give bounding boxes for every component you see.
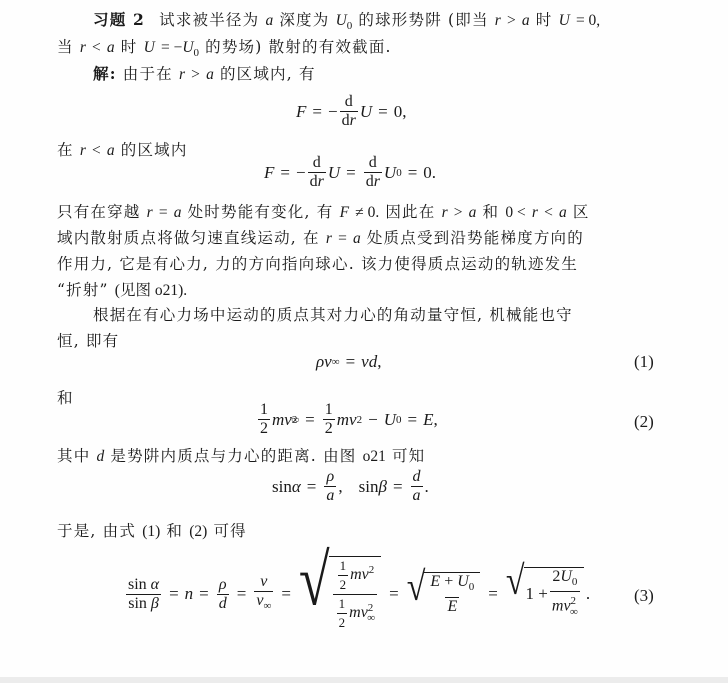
- equation-1-number: (1): [634, 352, 654, 372]
- paragraph-1-line-3: 作用力, 它是有心力, 力的方向指向球心. 该力使得质点运动的轨迹发生: [57, 254, 657, 274]
- problem-statement-line-1: 习题 2 试求被半径为 a 深度为 U0 的球形势阱 (即当 r > a 时 U…: [93, 10, 693, 36]
- paragraph-4: 于是, 由式 (1) 和 (2) 可得: [57, 521, 657, 542]
- document-page: 习题 2 试求被半径为 a 深度为 U0 的球形势阱 (即当 r > a 时 U…: [0, 0, 728, 677]
- paragraph-2-line-2: 恒, 即有: [57, 331, 657, 351]
- paragraph-1-line-4: “折射” (见图 o21).: [57, 280, 657, 301]
- equation-2: 12mv2∞=12mv2−U0=E,: [256, 401, 438, 438]
- paragraph-2-line-1: 根据在有心力场中运动的质点其对力心的角动量守恒, 机械能也守: [93, 305, 693, 325]
- equation-force-inner: F=−ddrU=ddrU0=0.: [264, 154, 436, 191]
- paragraph-3: 其中 d 是势阱内质点与力心的距离. 由图 o21 可知: [57, 446, 657, 467]
- paragraph-1-line-1: 只有在穿越 r = a 处时势能有变化, 有 F ≠ 0. 因此在 r > a …: [57, 202, 657, 223]
- problem-label: 习题 2: [93, 10, 145, 29]
- solution-line-1: 解: 由于在 r > a 的区域内, 有: [93, 64, 693, 85]
- equation-1: ρv∞=vd,: [316, 352, 381, 372]
- equation-3-number: (3): [634, 586, 654, 606]
- page-bottom-edge: [0, 677, 728, 683]
- equation-2-number: (2): [634, 412, 654, 432]
- problem-statement-line-2: 当 r < a 时 U = −U0 的势场) 散射的有效截面.: [57, 37, 657, 63]
- equation-3: sin αsin β=n=ρd=vv∞= √12mv212mv2∞ = √E +…: [124, 556, 590, 632]
- solution-label: 解:: [93, 64, 117, 83]
- equation-force-outer: F=−ddrU=0,: [296, 93, 406, 130]
- equation-sine-ratios: sin α=ρa,sin β=da.: [272, 468, 429, 505]
- paragraph-1-line-2: 域内散射质点将做匀速直线运动, 在 r = a 处质点受到沿势能梯度方向的: [57, 228, 657, 249]
